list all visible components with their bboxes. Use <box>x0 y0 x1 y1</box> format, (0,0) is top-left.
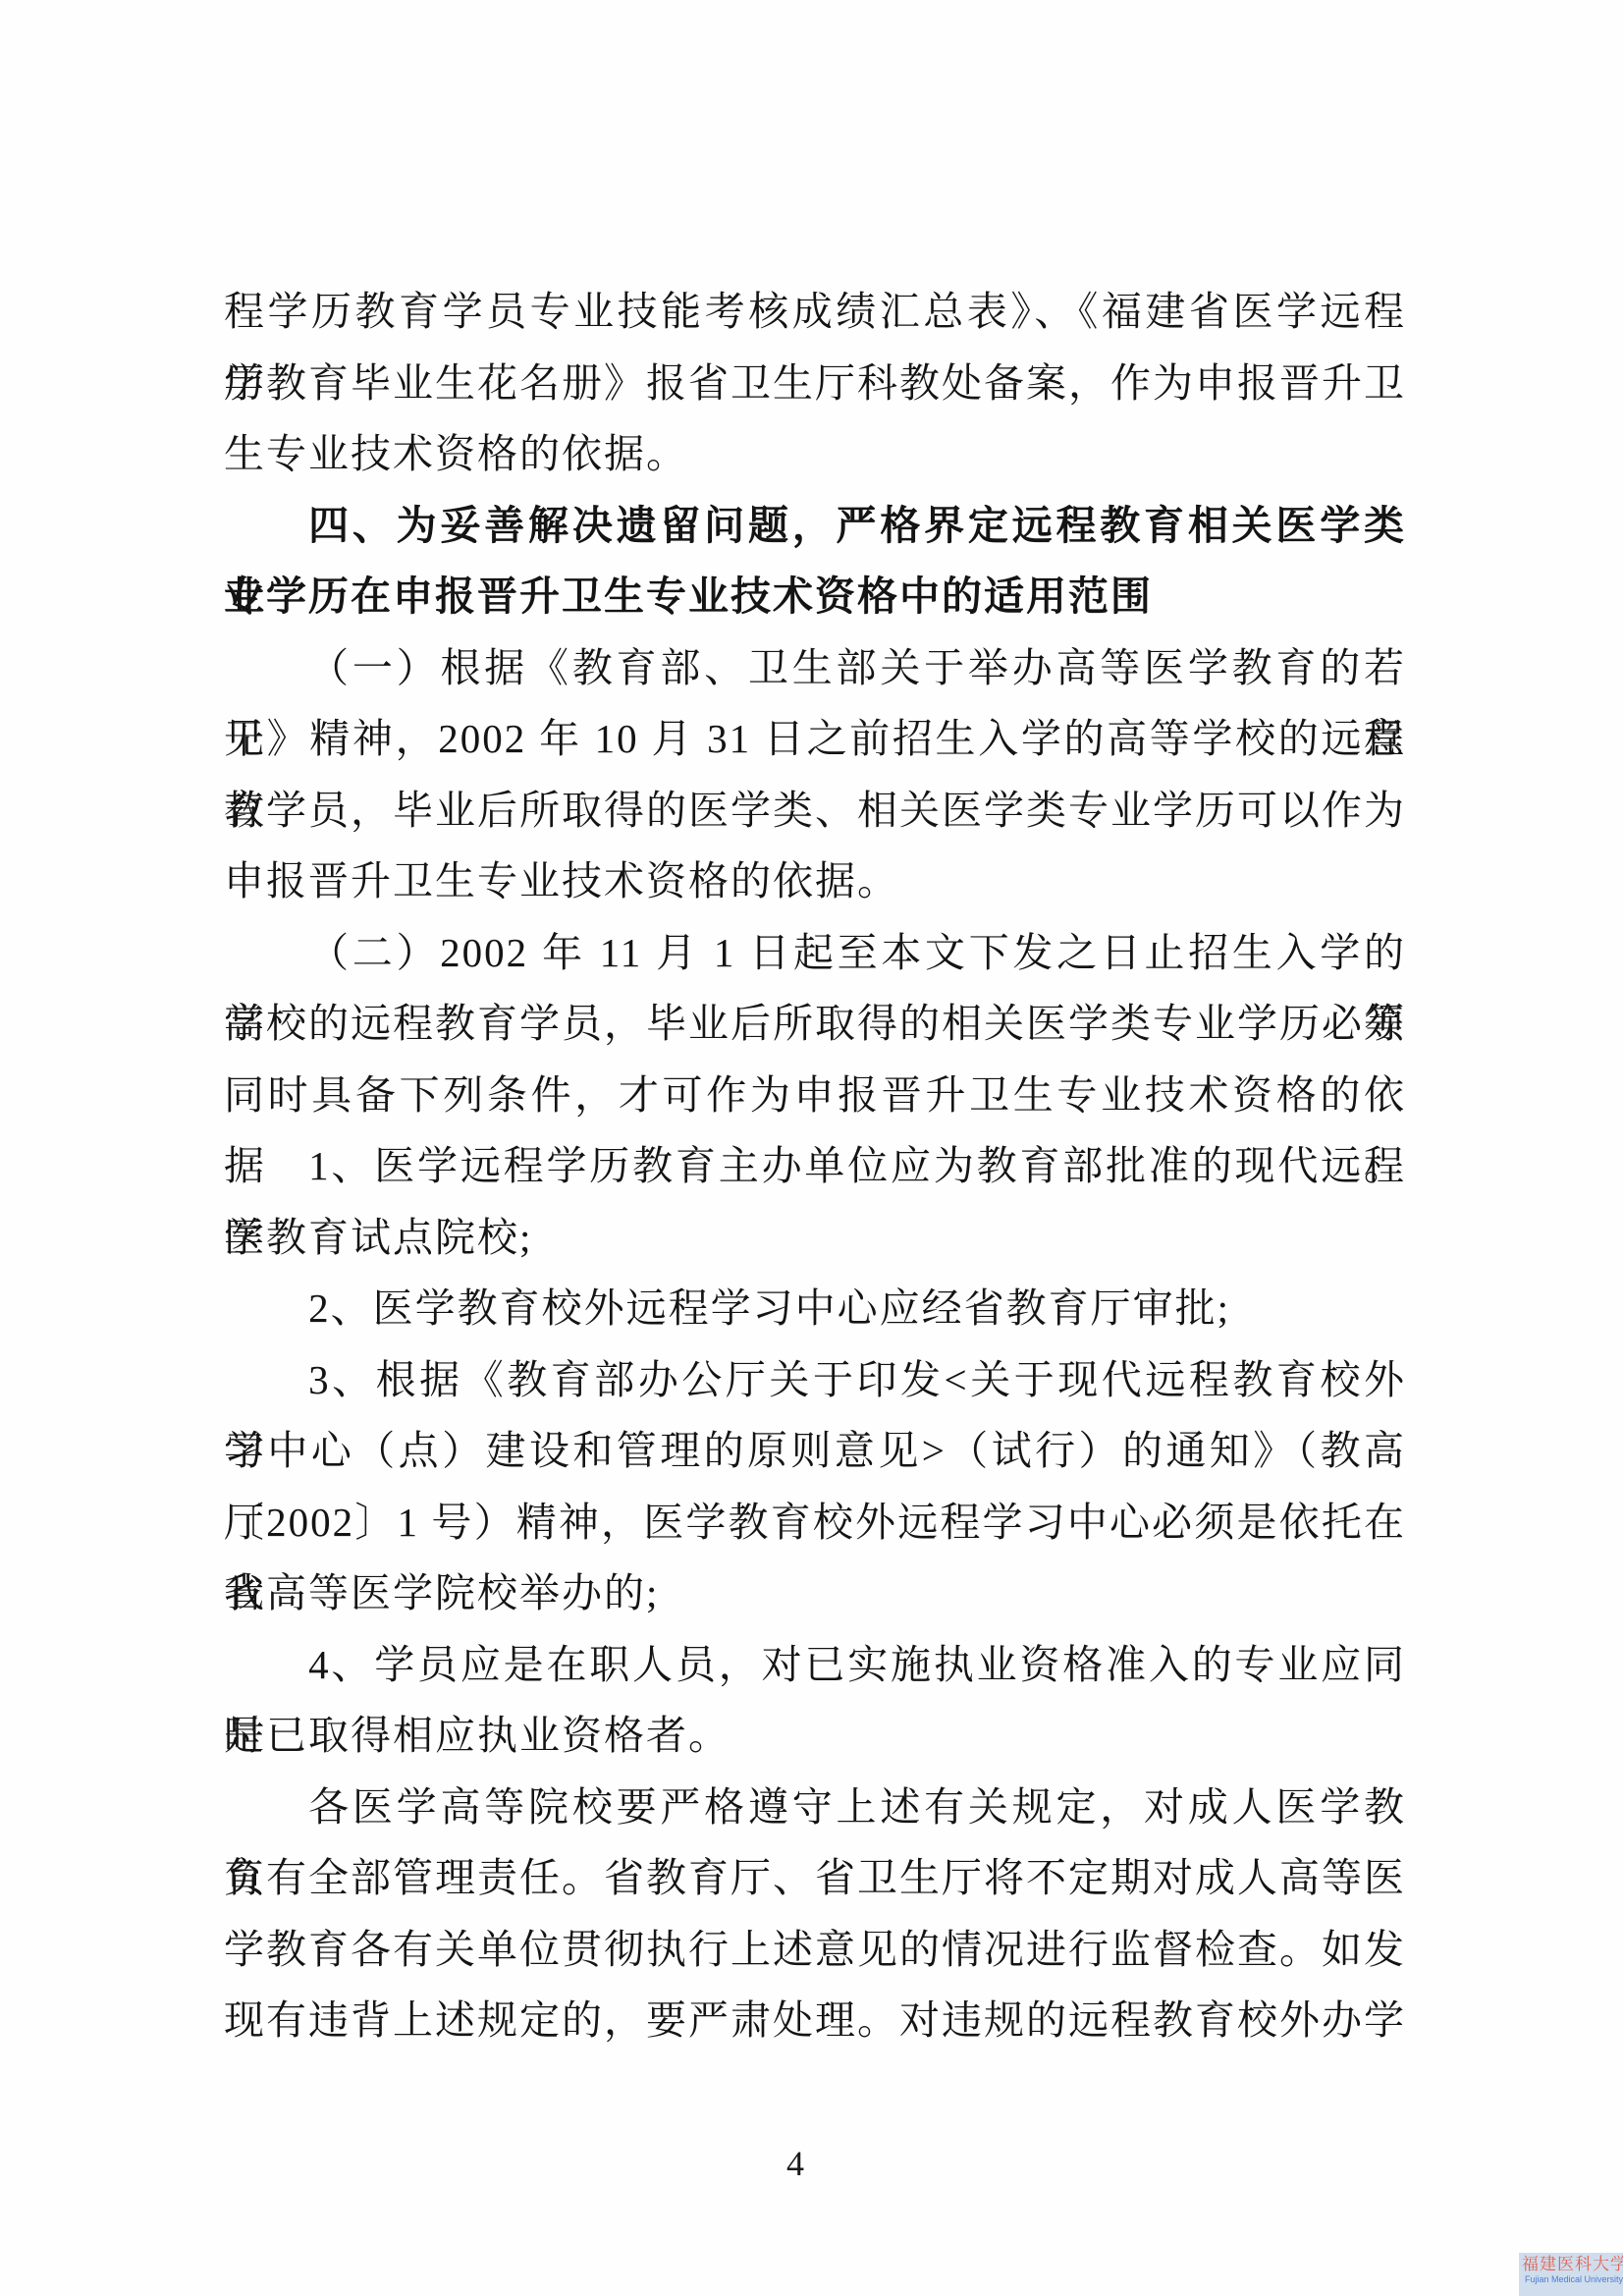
text-line: 程学历教育学员专业技能考核成绩汇总表》、《福建省医学远程学 <box>224 276 1406 348</box>
list-item-line: 2、医学教育校外远程学习中心应经省教育厅审批; <box>224 1273 1406 1344</box>
list-item-line: 省高等医学院校举办的; <box>224 1558 1406 1629</box>
list-item-line: 是已取得相应执业资格者。 <box>224 1700 1406 1772</box>
text-line: 历教育毕业生花名册》报省卫生厅科教处备案，作为申报晋升卫 <box>224 348 1406 419</box>
text-line: 申报晋升卫生专业技术资格的依据。 <box>224 846 1406 917</box>
text-line: 见》精神，2002 年 10 月 31 日之前招生入学的高等学校的远程教 <box>224 703 1406 775</box>
section-heading-line: 业学历在申报晋升卫生专业技术资格中的适用范围 <box>224 561 1406 632</box>
text-line: 生专业技术资格的依据。 <box>224 418 1406 490</box>
text-line: 现有违背上述规定的，要严肃处理。对违规的远程教育校外办学 <box>224 1985 1406 2056</box>
university-watermark: 福建医科大学 Fujian Medical University <box>1519 2253 1623 2296</box>
text-line: 育学员，毕业后所取得的医学类、相关医学类专业学历可以作为 <box>224 775 1406 847</box>
text-line: 各医学高等院校要严格遵守上述有关规定，对成人医学教育 <box>224 1772 1406 1843</box>
list-item-line: 3、根据《教育部办公厅关于印发<关于现代远程教育校外学 <box>224 1344 1406 1416</box>
list-item-line: 习中心（点）建设和管理的原则意见>（试行）的通知》（教高厅 <box>224 1415 1406 1487</box>
document-body: 程学历教育学员专业技能考核成绩汇总表》、《福建省医学远程学 历教育毕业生花名册》… <box>224 276 1406 2056</box>
text-line: 学校的远程教育学员，毕业后所取得的相关医学类专业学历必须 <box>224 988 1406 1060</box>
text-line: 同时具备下列条件，才可作为申报晋升卫生专业技术资格的依据。 <box>224 1060 1406 1131</box>
section-heading-line: 四、为妥善解决遗留问题，严格界定远程教育相关医学类专 <box>224 490 1406 562</box>
watermark-english-text: Fujian Medical University <box>1522 2274 1623 2285</box>
list-item-line: 1、医学远程学历教育主办单位应为教育部批准的现代远程医 <box>224 1130 1406 1202</box>
page-number: 4 <box>0 2143 1591 2184</box>
text-line: 学教育各有关单位贯彻执行上述意见的情况进行监督检查。如发 <box>224 1914 1406 1986</box>
document-page: 程学历教育学员专业技能考核成绩汇总表》、《福建省医学远程学 历教育毕业生花名册》… <box>0 0 1623 2296</box>
list-item-line: 〔2002〕1 号）精神，医学教育校外远程学习中心必须是依托在我 <box>224 1487 1406 1558</box>
list-item-line: 学教育试点院校; <box>224 1202 1406 1274</box>
text-line: （一）根据《教育部、卫生部关于举办高等医学教育的若干意 <box>224 632 1406 704</box>
list-item-line: 4、学员应是在职人员，对已实施执业资格准入的专业应同时 <box>224 1629 1406 1701</box>
text-line: （二）2002 年 11 月 1 日起至本文下发之日止招生入学的高等 <box>224 917 1406 989</box>
watermark-chinese-text: 福建医科大学 <box>1522 2255 1623 2274</box>
text-line: 负有全部管理责任。省教育厅、省卫生厅将不定期对成人高等医 <box>224 1842 1406 1914</box>
